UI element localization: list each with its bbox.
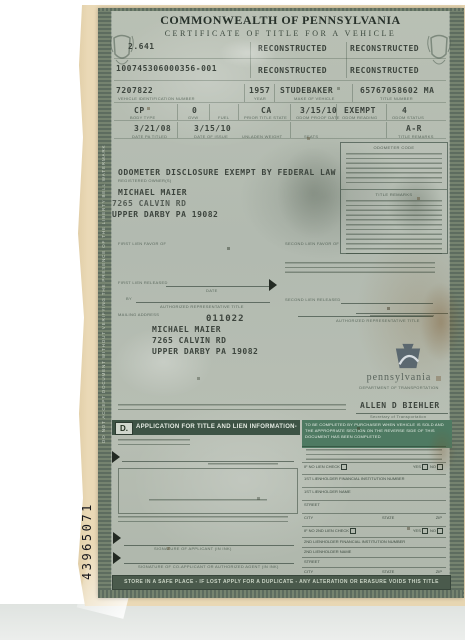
grid-divider: [244, 84, 245, 102]
grid-divider: [346, 42, 347, 78]
by-line: [136, 301, 270, 303]
prior-title-state-value: CA: [261, 106, 272, 115]
lienholder1-number-label: 1ST LIENHOLDER FINANCIAL INSTITUTION NUM…: [304, 476, 404, 481]
scanner-background: [0, 604, 465, 640]
street-row: STREET: [302, 500, 446, 513]
reconstructed-stamp: RECONSTRUCTED: [350, 66, 419, 75]
gvw-value: 0: [192, 106, 197, 115]
document-number-value: 100745306000356-001: [116, 64, 217, 73]
date-ticks-caption: [208, 463, 278, 467]
address-box-caption: [149, 499, 267, 503]
city-state-zip-row: CITY STATE ZIP: [302, 513, 446, 526]
certificate-of-title-document: DO NOT ACCEPT DOCUMENT WITHOUT VERIFYING…: [98, 8, 463, 598]
lienholder1-number-row: 1ST LIENHOLDER FINANCIAL INSTITUTION NUM…: [302, 474, 446, 487]
grid-divider: [290, 122, 291, 138]
pointer-arrow-icon: [113, 552, 121, 564]
odom-status-label: ODOM STATUS: [392, 115, 424, 120]
odometer-codes-heading: ODOMETER CODE: [341, 145, 447, 150]
purchaser-address-box: [118, 468, 298, 514]
year-value: 1957: [249, 86, 270, 95]
make-label: MAKE OF VEHICLE: [294, 96, 335, 101]
penndot-keystone-icon: [394, 342, 422, 370]
year-label: YEAR: [254, 96, 266, 101]
pointer-arrow-icon: [269, 279, 277, 291]
no-lien-checkbox: [341, 464, 347, 470]
date-pa-titled-label: DATE PA TITLED: [132, 134, 167, 139]
reconstructed-stamp: RECONSTRUCTED: [258, 66, 327, 75]
stain: [428, 428, 456, 474]
penndot-department-label: DEPARTMENT OF TRANSPORTATION: [350, 385, 448, 390]
footer-banner-text: STORE IN A SAFE PLACE - IF LOST APPLY FO…: [113, 576, 450, 588]
lienholder2-name-label: 2ND LIENHOLDER NAME: [304, 549, 351, 554]
grid-rule: [114, 120, 446, 121]
owner-city-state-zip: UPPER DARBY PA 19082: [112, 210, 218, 219]
document-title: COMMONWEALTH OF PENNSYLVANIA: [98, 13, 463, 28]
grid-divider: [209, 104, 210, 120]
ornate-border-top: [98, 8, 463, 11]
grid-divider: [177, 104, 178, 120]
co-applicant-signature-label: SIGNATURE OF CO-APPLICANT OR AUTHORIZED …: [138, 564, 279, 569]
co-purchaser-fine-print-row: [302, 446, 446, 462]
make-value: STUDEBAKER: [280, 86, 333, 95]
paper-serial-number: 43965071: [80, 470, 94, 580]
grid-divider: [352, 84, 353, 102]
no-label: NO: [430, 528, 436, 533]
odom-reading-value: EXEMPT: [344, 106, 376, 115]
secretary-title-label: Secretary of Transportation: [370, 414, 426, 419]
mailing-address-label: MAILING ADDRESS: [118, 312, 159, 317]
lienholder1-name-label: 1ST LIENHOLDER NAME: [304, 489, 351, 494]
street-label: STREET: [304, 502, 320, 507]
no-second-lien-check-row: IF NO 2ND LIEN CHECK YES NO: [302, 526, 446, 537]
lienholder2-number-row: 2ND LIENHOLDER FINANCIAL INSTITUTION NUM…: [302, 537, 446, 547]
secretary-signature: ALLEN D BIEHLER: [360, 401, 440, 410]
prior-title-state-label: PRIOR TITLE STATE: [244, 115, 287, 120]
date-pa-titled-value: 3/21/08: [134, 124, 171, 133]
gvw-label: GVW: [188, 115, 198, 120]
document-subtitle: CERTIFICATE OF TITLE FOR A VEHICLE: [98, 29, 463, 38]
watermark-smudge: [388, 173, 443, 235]
no-second-lien-label: IF NO 2ND LIEN CHECK: [304, 528, 349, 533]
lienholder2-name-row: 2ND LIENHOLDER NAME: [302, 547, 446, 557]
no-checkbox: [437, 528, 443, 534]
date-of-issue-value: 3/15/10: [194, 124, 231, 133]
title-remarks-label: TITLE REMARKS: [398, 134, 434, 139]
seats-label: SEATS: [304, 134, 318, 139]
watermark-warning-text: DO NOT ACCEPT DOCUMENT WITHOUT VERIFYING…: [101, 103, 106, 443]
first-lien-released-line: [166, 285, 270, 287]
grid-divider: [238, 104, 239, 120]
yes-label: YES: [413, 464, 421, 469]
yes-label: YES: [413, 528, 421, 533]
first-lien-favor-label: FIRST LIEN FAVOR OF: [118, 241, 166, 246]
section-d-letter: D.: [115, 422, 133, 435]
grid-divider: [386, 122, 387, 138]
body-type-label: BODY TYPE: [130, 115, 155, 120]
second-lien-favor-label: SECOND LIEN FAVOR OF: [285, 241, 339, 246]
lienholder2-number-label: 2ND LIENHOLDER FINANCIAL INSTITUTION NUM…: [304, 539, 405, 544]
street-label: STREET: [304, 559, 320, 564]
owner-name: MICHAEL MAIER: [118, 188, 187, 197]
grid-divider: [386, 104, 387, 120]
lien-application-rows: IF NO LIEN CHECK YES NO 1ST LIENHOLDER F…: [302, 446, 446, 579]
grid-divider: [274, 84, 275, 102]
odom-reading-label: ODOM READING: [342, 115, 377, 120]
applicant-signature-label: SIGNATURE OF APPLICANT (IN INK): [154, 546, 232, 551]
grid-rule: [114, 58, 446, 59]
pointer-arrow-icon: [113, 532, 121, 544]
second-lien-released-label: SECOND LIEN RELEASED: [285, 297, 341, 302]
title-number-label: TITLE NUMBER: [380, 96, 413, 101]
odom-status-value: 4: [402, 106, 407, 115]
zip-label: ZIP: [436, 515, 442, 520]
section-d-heading: APPLICATION FOR TITLE AND LIEN INFORMATI…: [136, 424, 297, 430]
purchaser-fine-print: [118, 439, 190, 448]
stain: [420, 283, 462, 361]
grid-divider: [177, 122, 178, 138]
authorized-representative-label: AUTHORIZED REPRESENTATIVE TITLE: [160, 304, 244, 309]
mail-to-city-state-zip: UPPER DARBY PA 19082: [152, 347, 258, 356]
no-second-lien-checkbox: [350, 528, 356, 534]
watermark-smudge: [278, 148, 348, 238]
reconstructed-stamp: RECONSTRUCTED: [350, 44, 419, 53]
street-row-2: STREET: [302, 557, 446, 567]
speckles: [108, 48, 109, 49]
state-label: STATE: [382, 569, 394, 574]
by-label: BY: [126, 296, 132, 301]
lienholder1-name-row: 1ST LIENHOLDER NAME: [302, 487, 446, 500]
light-spot: [218, 38, 278, 68]
certificate-fine-print: [118, 404, 346, 413]
title-remarks-value: A-R: [406, 124, 422, 133]
vin-value: 7207822: [116, 86, 153, 95]
scanned-title-photo: { "colors": { "document_green": "#b5bcb1…: [0, 0, 465, 640]
purchaser-entry-line: [122, 460, 294, 462]
registered-owner-label: REGISTERED OWNER(S): [118, 178, 171, 183]
certification-fine-print: [118, 516, 288, 525]
control-stamp-number: 011022: [206, 314, 245, 324]
grid-rule: [114, 102, 446, 103]
state-label: STATE: [382, 515, 394, 520]
city-label: CITY: [304, 515, 313, 520]
second-lien-released-line: [341, 302, 433, 304]
date-of-issue-label: DATE OF ISSUE: [194, 134, 228, 139]
odom-proof-date-value: 3/15/10: [300, 106, 337, 115]
ornate-border-bottom: [98, 590, 463, 598]
body-type-value: CP: [134, 106, 145, 115]
odom-proof-date-label: ODOM PROOF DATE: [296, 115, 340, 120]
owner-street: 7265 CALVIN RD: [112, 199, 186, 208]
penndot-wordmark: pennsylvania: [350, 372, 448, 383]
yes-no-group-2: YES NO: [413, 528, 444, 534]
zip-label: ZIP: [436, 569, 442, 574]
no-lien-check-row: IF NO LIEN CHECK YES NO: [302, 462, 446, 474]
co-purchaser-fine-print: [306, 449, 442, 461]
pointer-arrow-icon: [112, 451, 120, 463]
control-number-value: 2.641: [128, 42, 155, 51]
yes-checkbox: [422, 528, 428, 534]
vin-label: VEHICLE IDENTIFICATION NUMBER: [118, 96, 195, 101]
title-number-value: 65767058602 MA: [360, 86, 434, 95]
grid-divider: [290, 104, 291, 120]
first-lien-released-label: FIRST LIEN RELEASED: [118, 280, 168, 285]
footer-banner: STORE IN A SAFE PLACE - IF LOST APPLY FO…: [112, 575, 451, 590]
mail-to-street: 7265 CALVIN RD: [152, 336, 226, 345]
grid-rule: [114, 80, 446, 81]
date-label: DATE: [206, 288, 218, 293]
second-lien-fine-print: [285, 262, 435, 275]
fuel-label: FUEL: [218, 115, 229, 120]
city-label: CITY: [304, 569, 313, 574]
mail-to-name: MICHAEL MAIER: [152, 325, 221, 334]
yes-checkbox: [422, 464, 428, 470]
unladen-weight-label: UNLADEN WEIGHT: [242, 134, 282, 139]
no-lien-label: IF NO LIEN CHECK: [304, 464, 340, 469]
corner-crest-icon: [425, 32, 453, 74]
